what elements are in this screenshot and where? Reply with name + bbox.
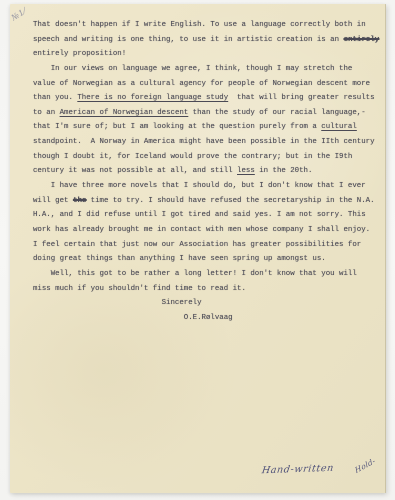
struck-out-text: the <box>73 197 86 205</box>
letter-line: to an American of Norwegian descent than… <box>33 106 381 121</box>
letter-text: in the 20th. <box>255 167 313 175</box>
letter-line: though I doubt it, for Iceland would pro… <box>33 150 381 165</box>
letter-line: work has already brought me in contact w… <box>33 223 381 238</box>
letter-text: that will bring greater results <box>228 94 374 102</box>
underlined-text: American of Norwegian descent <box>60 109 189 117</box>
letter-paper: №1⁄ That doesn't happen if I write Engli… <box>10 4 386 493</box>
edge-annotation: Hold- <box>354 456 377 475</box>
letter-text: speech and writing is one thing, to use … <box>33 36 343 44</box>
underlined-text: cultural <box>321 123 356 131</box>
letter-line: I have three more novels that I should d… <box>33 179 381 194</box>
struck-out-text: entirely <box>343 36 378 44</box>
letter-line: H.A., and I did refuse until I got tired… <box>33 208 381 223</box>
letter-line: entirely proposition! <box>33 47 381 62</box>
letter-line: In our views on language we agree, I thi… <box>33 62 381 77</box>
letter-line: standpoint. A Norway in America might ha… <box>33 135 381 150</box>
letter-text: I have three more novels that I should d… <box>33 182 366 190</box>
archival-corner-mark: №1⁄ <box>10 7 28 23</box>
letter-text: Well, this got to be rather a long lette… <box>33 270 357 278</box>
letter-line: doing great things than anything I have … <box>33 252 381 267</box>
letter-text: work has already brought me in contact w… <box>33 226 370 234</box>
letter-text: In our views on language we agree, I thi… <box>33 65 352 73</box>
letter-text: doing great things than anything I have … <box>33 255 326 263</box>
letter-text: Sincerely <box>33 299 202 307</box>
letter-text: That doesn't happen if I write English. … <box>33 21 366 29</box>
scanned-page-background: №1⁄ That doesn't happen if I write Engli… <box>0 0 395 500</box>
letter-line: speech and writing is one thing, to use … <box>33 33 381 48</box>
letter-text: that I'm sure of; but I am looking at th… <box>33 123 321 131</box>
handwritten-annotation: Hand-written <box>261 463 335 476</box>
letter-line: I feel certain that just now our Associa… <box>33 238 381 253</box>
letter-text: than you. <box>33 94 77 102</box>
underlined-text: There is no foreign language study <box>77 94 228 102</box>
letter-line: value of Norwegian as a cultural agency … <box>33 77 381 92</box>
letter-text: time to try. I should have refused the s… <box>86 197 374 205</box>
letter-text: to an <box>33 109 60 117</box>
letter-text: than the study of our racial language,- <box>188 109 365 117</box>
underlined-text: less <box>237 167 255 175</box>
letter-line: Well, this got to be rather a long lette… <box>33 267 381 282</box>
letter-text: value of Norwegian as a cultural agency … <box>33 80 370 88</box>
letter-text: miss much if you shouldn't find time to … <box>33 285 246 293</box>
letter-text: H.A., and I did refuse until I got tired… <box>33 211 366 219</box>
letter-text: I feel certain that just now our Associa… <box>33 241 361 249</box>
letter-line: That doesn't happen if I write English. … <box>33 18 381 33</box>
letter-line: miss much if you shouldn't find time to … <box>33 282 381 297</box>
paper-edge-shadow <box>385 4 386 493</box>
letter-line: than you. There is no foreign language s… <box>33 91 381 106</box>
letter-line: century it was not possible at all, and … <box>33 164 381 179</box>
letter-line: O.E.Rølvaag <box>33 311 381 326</box>
letter-text: O.E.Rølvaag <box>33 314 233 322</box>
letter-text: century it was not possible at all, and … <box>33 167 237 175</box>
letter-text: will get <box>33 197 73 205</box>
letter-text: entirely proposition! <box>33 50 126 58</box>
letter-text: standpoint. A Norway in America might ha… <box>33 138 375 146</box>
letter-body: That doesn't happen if I write English. … <box>33 18 381 325</box>
letter-line: that I'm sure of; but I am looking at th… <box>33 120 381 135</box>
letter-text: though I doubt it, for Iceland would pro… <box>33 153 352 161</box>
letter-line: Sincerely <box>33 296 381 311</box>
letter-line: will get the time to try. I should have … <box>33 194 381 209</box>
